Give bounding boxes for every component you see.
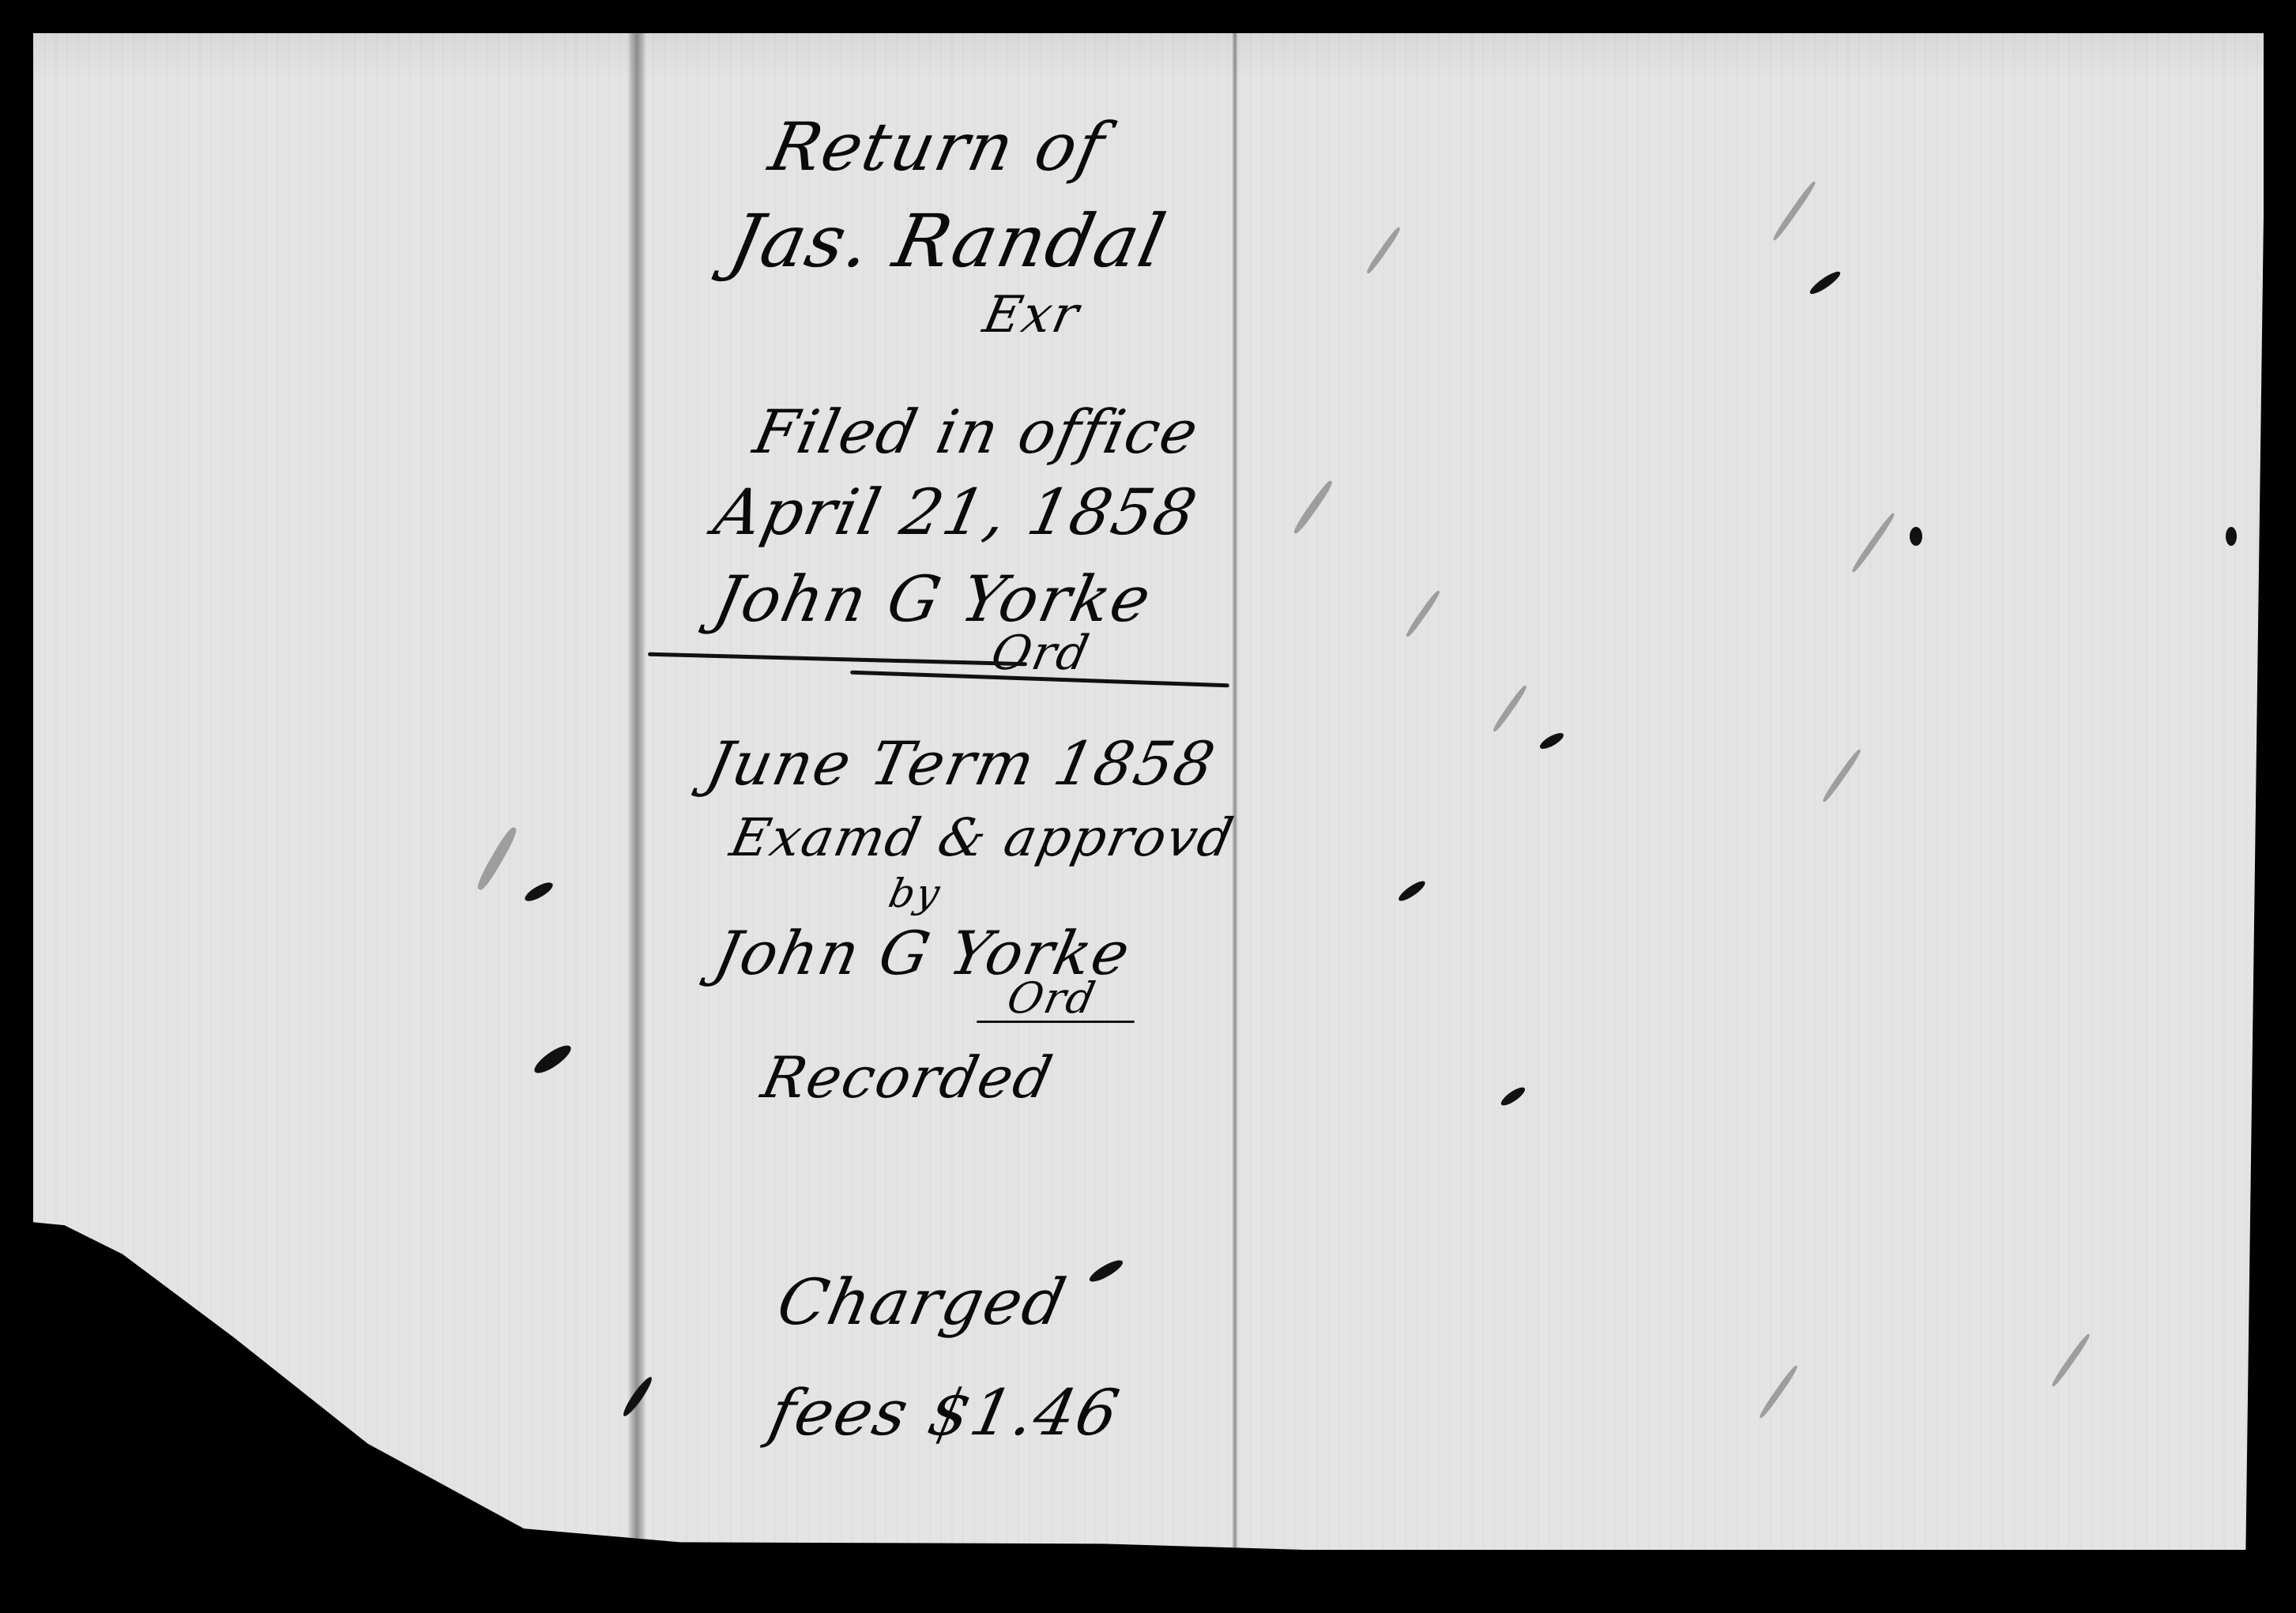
ink-blot <box>522 879 555 904</box>
bleed-mark <box>1492 684 1529 733</box>
docket-title-line1: Return of <box>763 108 1112 186</box>
ink-blot <box>1808 269 1843 297</box>
bleed-mark <box>1292 479 1334 535</box>
filed-in-office-label: Filed in office <box>748 397 1206 467</box>
ink-blot <box>1396 878 1428 904</box>
recorded-label: Recorded <box>756 1044 1060 1111</box>
right-panel-bleed-through <box>1238 33 2264 1550</box>
examined-signature-title: Ord <box>1003 973 1101 1023</box>
fees-amount: fees $1.46 <box>763 1376 1127 1449</box>
bleed-mark <box>1771 180 1817 242</box>
ink-blot <box>1087 1257 1126 1285</box>
bleed-mark <box>1821 748 1862 803</box>
filed-date: April 21, 1858 <box>708 476 1204 549</box>
bleed-mark <box>1758 1364 1799 1419</box>
ink-blot <box>1538 730 1565 751</box>
docket-title-name: Jas. Randal <box>723 199 1174 284</box>
bleed-mark <box>1365 226 1402 275</box>
separator-rule <box>648 652 1027 667</box>
ink-blot <box>531 1041 574 1077</box>
bleed-mark <box>1850 512 1896 573</box>
bleed-mark <box>1405 589 1442 638</box>
docket-panel: Return of Jas. Randal Exr Filed in offic… <box>637 33 1235 1550</box>
ink-blot <box>2226 527 2237 546</box>
document-page: Return of Jas. Randal Exr Filed in offic… <box>33 33 2264 1550</box>
charged-label: Charged <box>771 1265 1073 1339</box>
bleed-mark <box>2050 1333 2091 1388</box>
ink-blot <box>1499 1085 1527 1108</box>
ink-blot <box>474 825 519 893</box>
examined-by-label: by <box>885 870 946 916</box>
signature-underline <box>977 1021 1135 1023</box>
ink-blot <box>1910 527 1922 546</box>
examined-approved-line: Examd & approvd <box>725 807 1240 868</box>
docket-title-role: Exr <box>978 286 1085 344</box>
term-line: June Term 1858 <box>701 728 1222 799</box>
filed-signature-title: Ord <box>987 626 1095 681</box>
